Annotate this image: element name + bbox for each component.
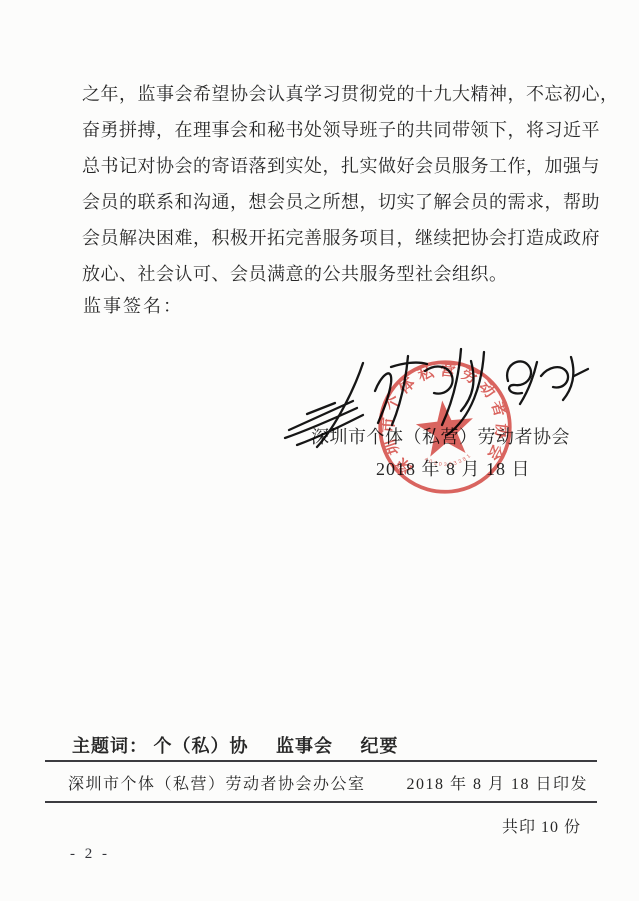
issuer-name: 深圳市个体（私营）劳动者协会办公室: [68, 771, 366, 794]
paragraph-line: 会员解决困难，积极开拓完善服务项目，继续把协会打造成政府: [82, 220, 562, 256]
paragraph-line: 奋勇拼搏，在理事会和秘书处领导班子的共同带领下，将习近平: [82, 112, 562, 148]
paragraph-line: 会员的联系和沟通，想会员之所想，切实了解会员的需求，帮助: [82, 184, 562, 220]
keywords-label: 主题词：: [72, 736, 148, 756]
print-date: 2018 年 8 月 18 日印发: [406, 771, 588, 794]
document-page: 之年，监事会希望协会认真学习贯彻党的十九大精神，不忘初心， 奋勇拼搏，在理事会和…: [0, 0, 639, 901]
separator-line: [45, 801, 597, 803]
copies-count: 共印 10 份: [502, 814, 581, 837]
supervisor-signature-label: 监事签名：: [83, 292, 183, 318]
signature-right: [507, 357, 588, 404]
keyword-term: 个（私）协: [154, 736, 249, 756]
separator-line: [45, 760, 597, 762]
issuer-row: 深圳市个体（私营）劳动者协会办公室 2018 年 8 月 18 日印发: [68, 771, 588, 794]
paragraph-line: 放心、社会认可、会员满意的公共服务型社会组织。: [82, 256, 562, 292]
keyword-term: 监事会: [276, 736, 333, 756]
body-paragraph: 之年，监事会希望协会认真学习贯彻党的十九大精神，不忘初心， 奋勇拼搏，在理事会和…: [82, 76, 562, 292]
signatures-graphic: [275, 335, 595, 453]
keyword-term: 纪要: [361, 736, 399, 756]
signature-middle: [375, 349, 484, 435]
seal-serial-number: 4030303381: [423, 452, 475, 471]
signature-ink: [275, 335, 595, 453]
signature-left: [285, 363, 363, 447]
paragraph-line: 总书记对协会的寄语落到实处，扎实做好会员服务工作，加强与: [82, 148, 562, 184]
page-number: - 2 -: [70, 846, 110, 863]
paragraph-line: 之年，监事会希望协会认真学习贯彻党的十九大精神，不忘初心，: [82, 76, 562, 112]
keywords-row: 主题词： 个（私）协 监事会 纪要: [72, 732, 572, 758]
